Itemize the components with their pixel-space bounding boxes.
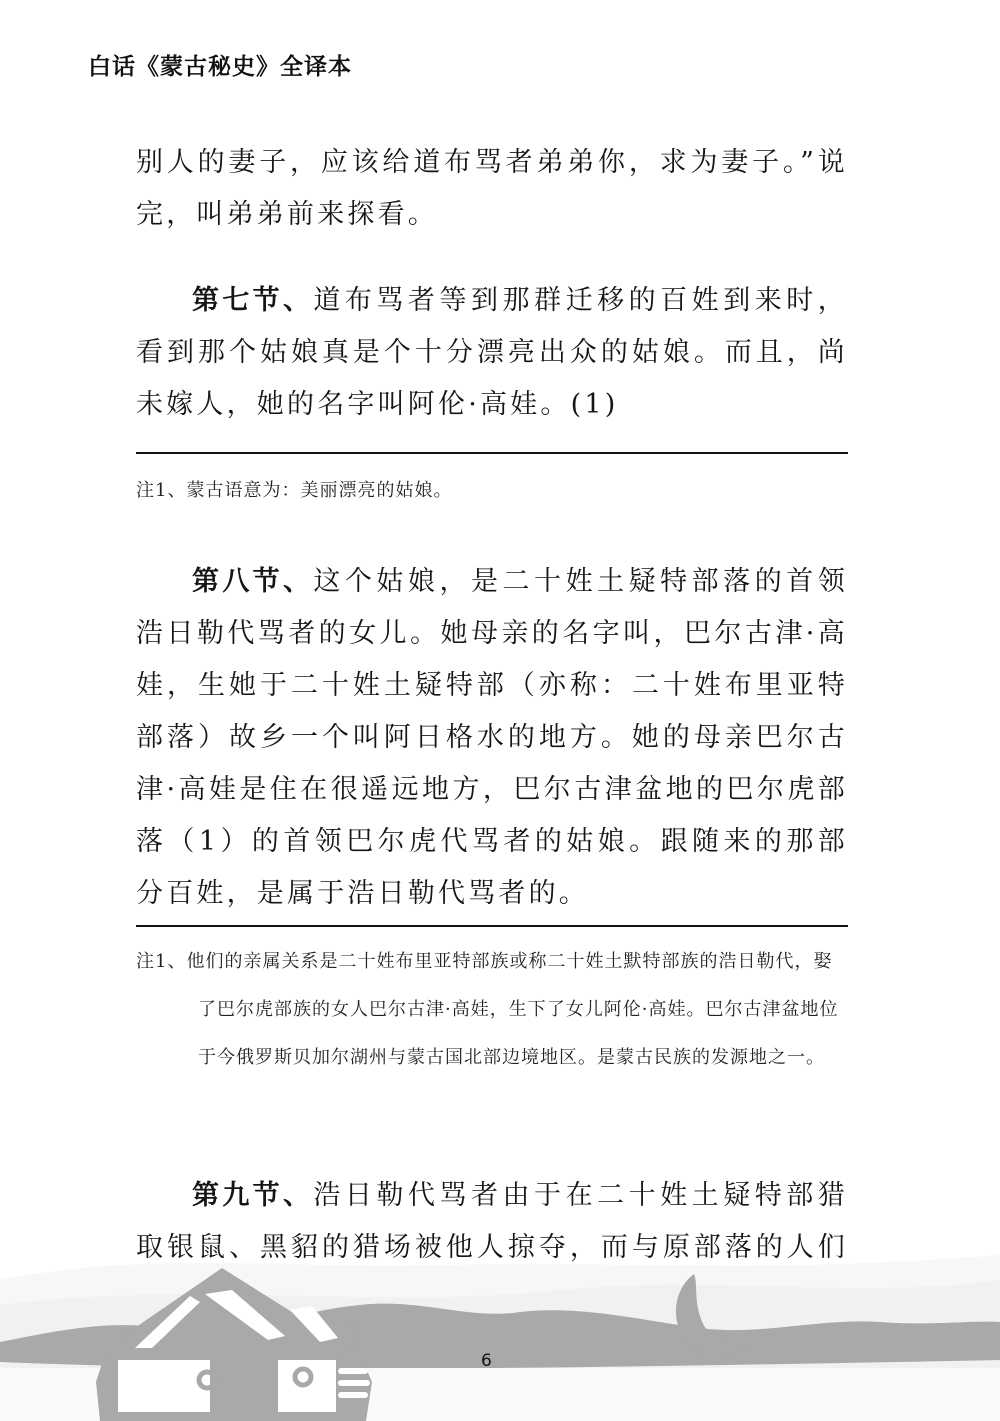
section-7-title: 第七节、 <box>192 285 313 316</box>
section-8-text: 这个姑娘，是二十姓土疑特部落的首领浩日勒代骂者的女儿。她母亲的名字叫，巴尔古津·… <box>136 566 848 909</box>
section-9-title: 第九节、 <box>192 1180 313 1211</box>
continuation-paragraph: 别人的妻子，应该给道布骂者弟弟你，求为妻子。”说完，叫弟弟前来探看。 <box>136 137 848 241</box>
running-header-book-title: 白话《蒙古秘史》全译本 <box>88 48 352 81</box>
footnote-text: 他们的亲属关系是二十姓布里亚特部族或称二十姓土默特部族的浩日勒代，娶了巴尔虎部族… <box>186 951 838 1068</box>
section-7-footnote: 注1、蒙古语意为：美丽漂亮的姑娘。 <box>136 469 848 513</box>
footnote-label: 注1、 <box>136 480 186 501</box>
yurt-moon-landscape-decoration <box>0 1250 1000 1421</box>
section-8-title: 第八节、 <box>192 566 313 597</box>
page-number: 6 <box>481 1351 492 1371</box>
section-7-paragraph: 第七节、道布骂者等到那群迁移的百姓到来时，看到那个姑娘真是个十分漂亮出众的姑娘。… <box>136 275 848 431</box>
section-8-footnote: 注1、他们的亲属关系是二十姓布里亚特部族或称二十姓土默特部族的浩日勒代，娶了巴尔… <box>136 938 848 1082</box>
footnote-text: 蒙古语意为：美丽漂亮的姑娘。 <box>186 480 452 501</box>
section-8-paragraph: 第八节、这个姑娘，是二十姓土疑特部落的首领浩日勒代骂者的女儿。她母亲的名字叫，巴… <box>136 556 848 920</box>
footnote-divider <box>136 452 848 454</box>
footnote-divider <box>136 925 848 927</box>
footnote-label: 注1、 <box>136 951 186 972</box>
